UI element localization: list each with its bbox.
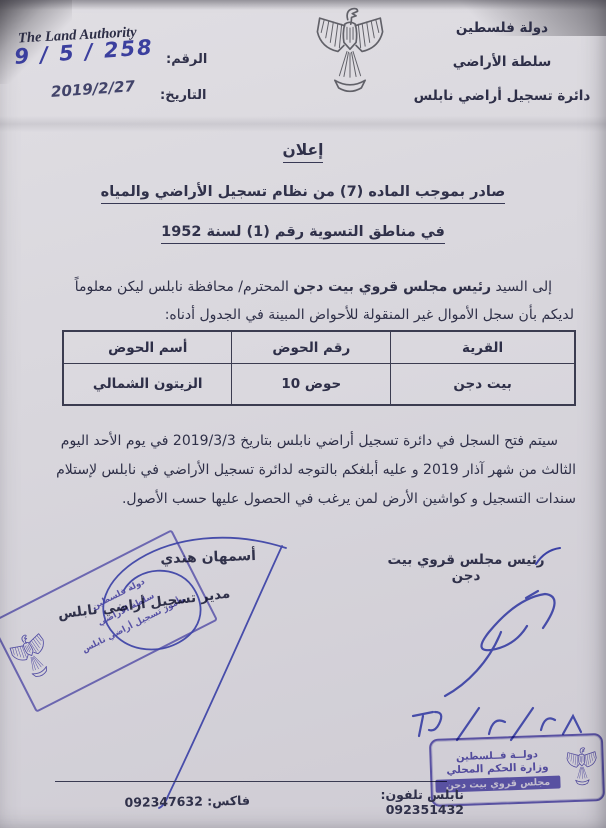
col-basin-number: رقم الحوض: [232, 331, 391, 364]
paper-fold-shadow: [0, 116, 606, 132]
stamp-eagle-icon: [3, 625, 62, 689]
letterhead-line-state: دولة فلسطين: [456, 20, 548, 36]
stamp-line-ministry: وزارة الحكم المحلي: [446, 761, 549, 777]
table-header-row: القرية رقم الحوض أسم الحوض: [63, 331, 575, 364]
letterhead-line-department: دائرة تسجيل أراضي نابلس: [414, 88, 591, 104]
photo-shadow-top-edge: [0, 0, 606, 10]
document-subtitle1-row: صادر بموجب الماده (7) من نظام تسجيل الأر…: [0, 184, 606, 204]
table-row: بيت دجن حوض 10 الزيتون الشمالي: [63, 364, 575, 406]
footer-phone: نابلس تلفون: 092351432: [318, 787, 464, 817]
intro-paragraph: إلى السيد رئيس مجلس قروي بيت دجن المحترم…: [60, 273, 574, 329]
letter-date-label: التاريخ:: [160, 88, 206, 103]
basins-table: القرية رقم الحوض أسم الحوض بيت دجن حوض 1…: [62, 330, 576, 406]
palestine-eagle-emblem-icon: [310, 6, 390, 100]
land-registry-stamp: دولة فلسطين سلطة الأراضي مأمور تسجيل أرا…: [0, 529, 218, 712]
right-signature-handwriting: [405, 588, 600, 753]
addressee-name: رئيس مجلس قروي بيت دجن: [293, 279, 491, 295]
letterhead-arabic: دولة فلسطين سلطة الأراضي دائرة تسجيل أرا…: [408, 20, 596, 104]
scanned-document: The Land Authority 9 / 5 / 258 الرقم: 20…: [0, 0, 606, 828]
document-subtitle-settlement: في مناطق التسوية رقم (1) لسنة 1952: [161, 224, 445, 244]
cell-village: بيت دجن: [391, 364, 575, 406]
cell-basin-number: حوض 10: [232, 364, 391, 406]
letterhead-line-authority: سلطة الأراضي: [453, 54, 552, 70]
footer-fax: فاكس: 092347632: [104, 793, 250, 811]
document-title: إعلان: [283, 141, 324, 163]
document-title-row: إعلان: [0, 141, 606, 163]
notice-paragraph: سيتم فتح السجل في دائرة تسجيل أراضي نابل…: [56, 427, 576, 514]
right-signatory-title: رئيس مجلس قروي بيت دجن: [378, 552, 554, 584]
stamp-text-block: دولة فلسطين سلطة الأراضي مأمور تسجيل أرا…: [49, 556, 203, 663]
footer-divider: [55, 781, 447, 782]
cell-basin-name: الزيتون الشمالي: [63, 364, 232, 406]
stamp-eagle-icon: [564, 745, 600, 790]
intro-pre: إلى السيد: [491, 279, 552, 295]
col-village: القرية: [391, 331, 575, 364]
document-subtitle2-row: في مناطق التسوية رقم (1) لسنة 1952: [0, 224, 606, 244]
reference-number-label: الرقم:: [166, 52, 207, 67]
col-basin-name: أسم الحوض: [63, 331, 232, 364]
document-subtitle-article: صادر بموجب الماده (7) من نظام تسجيل الأر…: [101, 184, 506, 204]
